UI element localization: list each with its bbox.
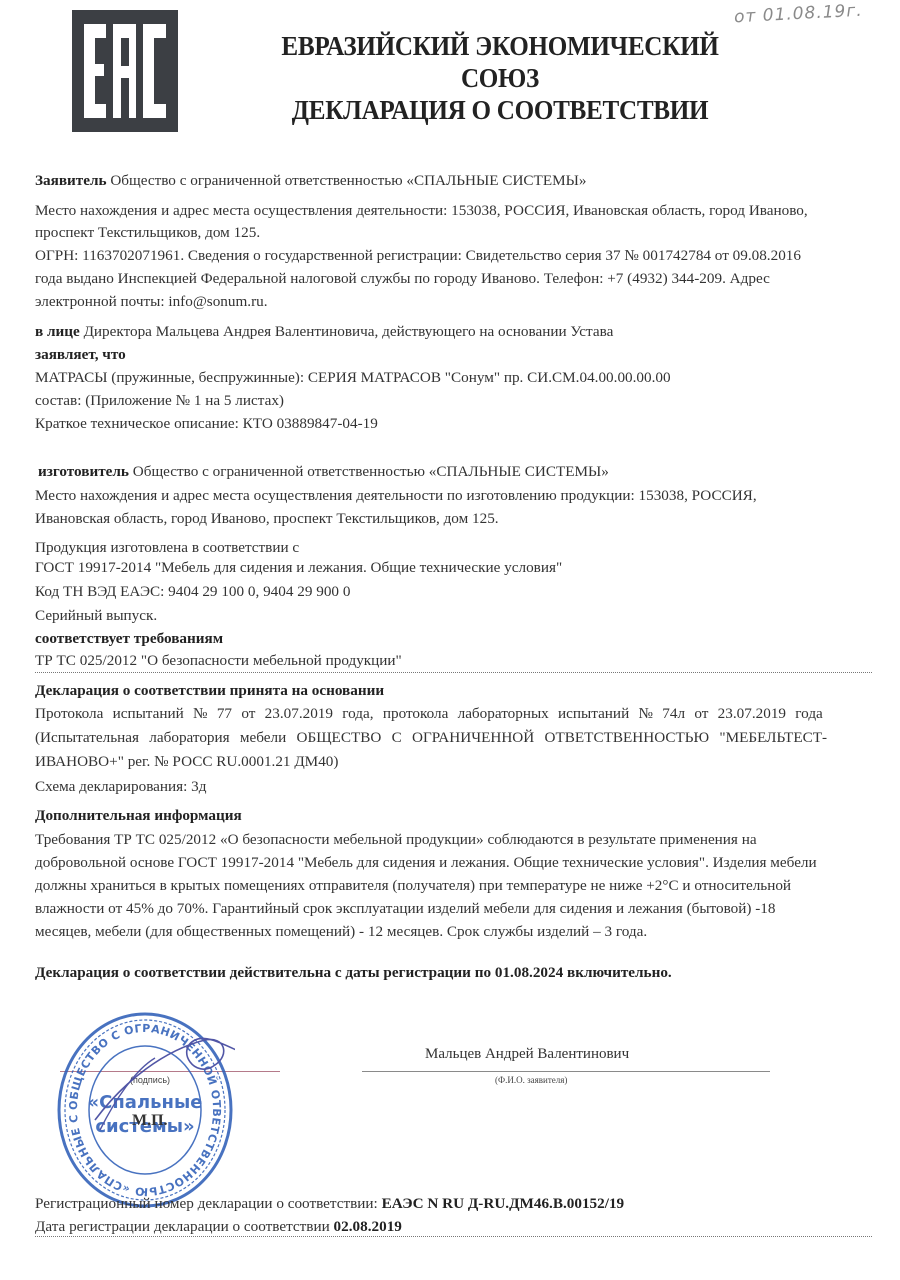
- svg-text:«Спальные: «Спальные: [88, 1092, 203, 1113]
- registration-date-line: Дата регистрации декларации о соответств…: [35, 1218, 402, 1236]
- eac-logo-icon: [72, 10, 178, 132]
- applicant-ogrn-1: ОГРН: 1163702071961. Сведения о государс…: [35, 245, 872, 267]
- title-declaration: ДЕКЛАРАЦИЯ О СООТВЕТСТВИИ: [258, 94, 742, 126]
- representative-line: в лице Директора Мальцева Андрея Валенти…: [35, 321, 872, 343]
- handwritten-note: от 01.08.19г.: [734, 1, 864, 28]
- production-standard: ГОСТ 19917-2014 "Мебель для сидения и ле…: [35, 557, 872, 579]
- registration-date-underline: [35, 1236, 872, 1237]
- serial-production: Серийный выпуск.: [35, 605, 872, 627]
- additional-label: Дополнительная информация: [35, 805, 872, 827]
- applicant-email: электронной почты: info@sonum.ru.: [35, 291, 872, 313]
- basis-label: Декларация о соответствии принята на осн…: [35, 680, 872, 702]
- additional-line-3: должны храниться в крытых помещениях отп…: [35, 875, 872, 897]
- manufacturer-address-2: Ивановская область, город Иваново, просп…: [35, 508, 872, 530]
- manufacturer-address-1: Место нахождения и адрес места осуществл…: [35, 485, 872, 507]
- validity-statement: Декларация о соответствии действительна …: [35, 962, 872, 984]
- signatory-name-caption: (Ф.И.О. заявителя): [495, 1075, 567, 1085]
- applicant-name: Общество с ограниченной ответственностью…: [107, 172, 587, 189]
- registration-number-line: Регистрационный номер декларации о соотв…: [35, 1195, 624, 1213]
- tn-ved-code: Код ТН ВЭД ЕАЭС: 9404 29 100 0, 9404 29 …: [35, 581, 872, 603]
- representative-text: Директора Мальцева Андрея Валентиновича,…: [80, 323, 614, 340]
- conformity-label: соответствует требованиям: [35, 628, 872, 650]
- title-union: ЕВРАЗИЙСКИЙ ЭКОНОМИЧЕСКИЙ СОЮЗ: [258, 30, 742, 94]
- registration-number-label: Регистрационный номер декларации о соотв…: [35, 1195, 382, 1212]
- applicant-label: Заявитель: [35, 172, 107, 189]
- additional-line-1: Требования ТР ТС 025/2012 «О безопасност…: [35, 829, 872, 851]
- registration-date: 02.08.2019: [334, 1218, 402, 1235]
- basis-line-3: ИВАНОВО+" рег. № РОСС RU.0001.21 ДМ40): [35, 751, 872, 773]
- tech-description-line: Краткое техническое описание: КТО 038898…: [35, 413, 872, 435]
- manufacturer-name: Общество с ограниченной ответственностью…: [129, 463, 609, 480]
- conformity-regulation: ТР ТС 025/2012 "О безопасности мебельной…: [35, 650, 872, 673]
- declaration-page: от 01.08.19г. ЕВРАЗИЙСКИЙ ЭКОНОМИЧЕСКИЙ …: [0, 0, 900, 1280]
- composition-line: состав: (Приложение № 1 на 5 листах): [35, 390, 872, 412]
- basis-line-1: Протокола испытаний № 77 от 23.07.2019 г…: [35, 703, 872, 725]
- registration-number: ЕАЭС N RU Д-RU.ДМ46.В.00152/19: [382, 1195, 625, 1212]
- production-line-1: Продукция изготовлена в соответствии с: [35, 537, 872, 559]
- registration-date-label: Дата регистрации декларации о соответств…: [35, 1218, 334, 1235]
- document-title: ЕВРАЗИЙСКИЙ ЭКОНОМИЧЕСКИЙ СОЮЗ ДЕКЛАРАЦИ…: [240, 30, 760, 126]
- company-stamp-icon: ОБЩЕСТВО С ОГРАНИЧЕННОЙ ОТВЕТСТВЕННОСТЬЮ…: [55, 1010, 235, 1210]
- applicant-address-1: Место нахождения и адрес места осуществл…: [35, 200, 872, 222]
- additional-line-4: влажности от 45% до 70%. Гарантийный сро…: [35, 898, 872, 920]
- additional-line-2: добровольной основе ГОСТ 19917-2014 "Меб…: [35, 852, 872, 874]
- declaration-scheme: Схема декларирования: 3д: [35, 776, 872, 798]
- manufacturer-label: изготовитель: [38, 463, 129, 480]
- applicant-ogrn-2: года выдано Инспекцией Федеральной налог…: [35, 268, 872, 290]
- seal-place-mark: М.П.: [132, 1112, 168, 1130]
- declares-label: заявляет, что: [35, 344, 872, 366]
- signatory-name: Мальцев Андрей Валентинович: [425, 1046, 629, 1063]
- manufacturer-line: изготовитель Общество с ограниченной отв…: [38, 461, 872, 483]
- signatory-name-line: [362, 1071, 770, 1072]
- product-line: МАТРАСЫ (пружинные, беспружинные): СЕРИЯ…: [35, 367, 872, 389]
- applicant-address-2: проспект Текстильщиков, дом 125.: [35, 222, 872, 244]
- applicant-line: Заявитель Общество с ограниченной ответс…: [35, 170, 872, 192]
- representative-label: в лице: [35, 323, 80, 340]
- additional-line-5: месяцев, мебели (для общественных помеще…: [35, 921, 872, 943]
- basis-line-2: (Испытательная лаборатория мебели ОБЩЕСТ…: [35, 727, 872, 749]
